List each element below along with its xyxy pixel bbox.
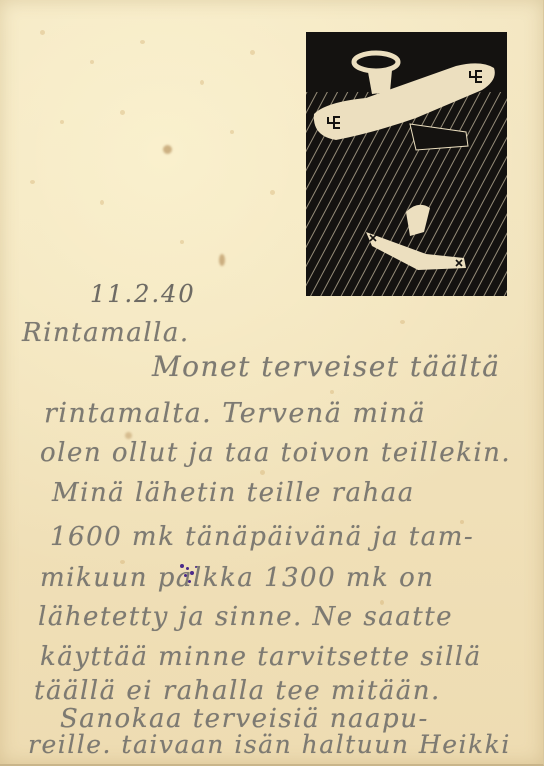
foxing-spot: [400, 320, 405, 324]
foxing-spot: [120, 110, 125, 115]
handwritten-line: Minä lähetin teille rahaa: [52, 478, 415, 508]
foxing-spot: [230, 130, 234, 134]
foxing-spot: [90, 60, 94, 64]
handwritten-line: mikuun palkka 1300 mk on: [40, 563, 434, 593]
foxing-spot: [180, 240, 184, 244]
handwritten-line: Monet terveiset täältä: [152, 350, 500, 383]
foxing-spot: [330, 390, 334, 394]
handwritten-line: käyttää minne tarvitsette sillä: [40, 642, 482, 672]
handwritten-line: täällä ei rahalla tee mitään.: [34, 676, 441, 706]
foxing-spot: [30, 180, 35, 184]
stain-spot: [163, 145, 172, 154]
postcard: 11.2.40 Rintamalla. Monet terveiset tääl…: [0, 0, 544, 766]
foxing-spot: [250, 50, 255, 55]
airplane-woodcut-icon: [306, 32, 507, 296]
handwritten-line: lähetetty ja sinne. Ne saatte: [38, 602, 453, 632]
foxing-spot: [40, 30, 45, 35]
foxing-spot: [260, 470, 265, 475]
handwritten-line: olen ollut ja taa toivon teillekin.: [40, 438, 511, 468]
handwritten-signature-line: reille. taivaan isän haltuun Heikki: [28, 730, 511, 759]
handwritten-line: rintamalta. Tervenä minä: [44, 398, 426, 429]
foxing-spot: [140, 40, 145, 44]
foxing-spot: [60, 120, 64, 124]
handwritten-date: 11.2.40: [90, 280, 196, 308]
foxing-spot: [270, 190, 275, 195]
foxing-spot: [100, 200, 104, 205]
stain-spot: [219, 254, 225, 266]
handwritten-place: Rintamalla.: [22, 318, 190, 348]
foxing-spot: [200, 80, 204, 85]
handwritten-line: 1600 mk tänäpäivänä ja tam-: [50, 522, 474, 552]
